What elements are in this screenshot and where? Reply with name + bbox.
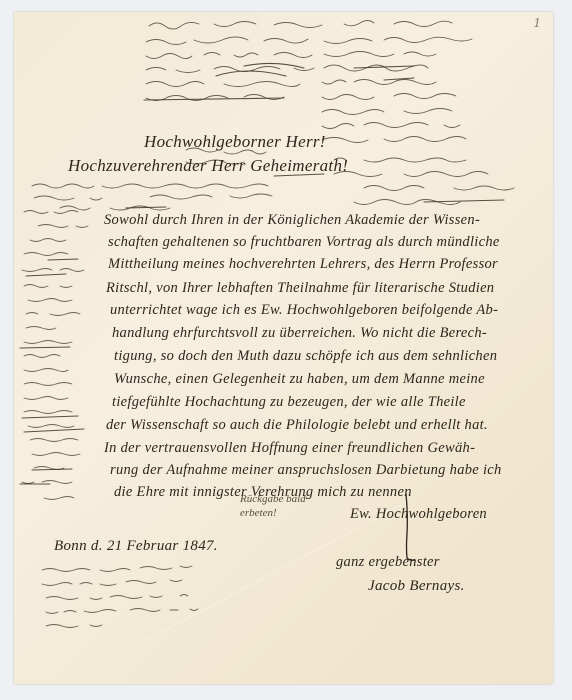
signature-flourish: [394, 492, 424, 562]
body-line-12: rung der Aufnahme meiner anspruchslosen …: [110, 462, 502, 479]
body-line-11: In der vertrauensvollen Hoffnung einer f…: [104, 440, 475, 457]
closing-postscript: Rückgabe bald erbeten!: [240, 492, 340, 520]
left-margin-annotations: [20, 208, 100, 508]
dateline: Bonn d. 21 Februar 1847.: [54, 538, 218, 555]
body-line-2: schaften gehaltenen so fruchtbaren Vortr…: [108, 234, 500, 251]
body-line-9: tiefgefühlte Hochachtung zu bezeugen, de…: [112, 394, 466, 411]
body-line-7: tigung, so doch den Muth dazu schöpfe ic…: [114, 348, 497, 365]
body-line-10: der Wissenschaft so auch die Philologie …: [106, 417, 488, 434]
letter-page: 1 Hochwohlgeborner Herr! Hochzuverehrend…: [14, 12, 553, 684]
signature: Jacob Bernays.: [368, 578, 465, 595]
bottom-left-annotation: [40, 564, 240, 634]
body-line-3: Mittheilung meines hochverehrten Lehrers…: [108, 256, 498, 273]
salutation-address: Hochzuverehrender Herr Geheimerath!: [68, 156, 348, 176]
closing-complimentary: ganz ergebenster: [336, 554, 440, 571]
body-line-6: handlung ehrfurchtsvoll zu überreichen. …: [112, 325, 487, 342]
body-line-1: Sowohl durch Ihren in der Königlichen Ak…: [104, 212, 480, 229]
body-line-5: unterrichtet wage ich es Ew. Hochwohlgeb…: [110, 302, 498, 319]
body-line-4: Ritschl, von Ihrer lebhaften Theilnahme …: [106, 280, 494, 297]
upper-left-annotation: [30, 180, 310, 210]
body-line-8: Wunsche, einen Gelegenheit zu haben, um …: [114, 371, 485, 388]
